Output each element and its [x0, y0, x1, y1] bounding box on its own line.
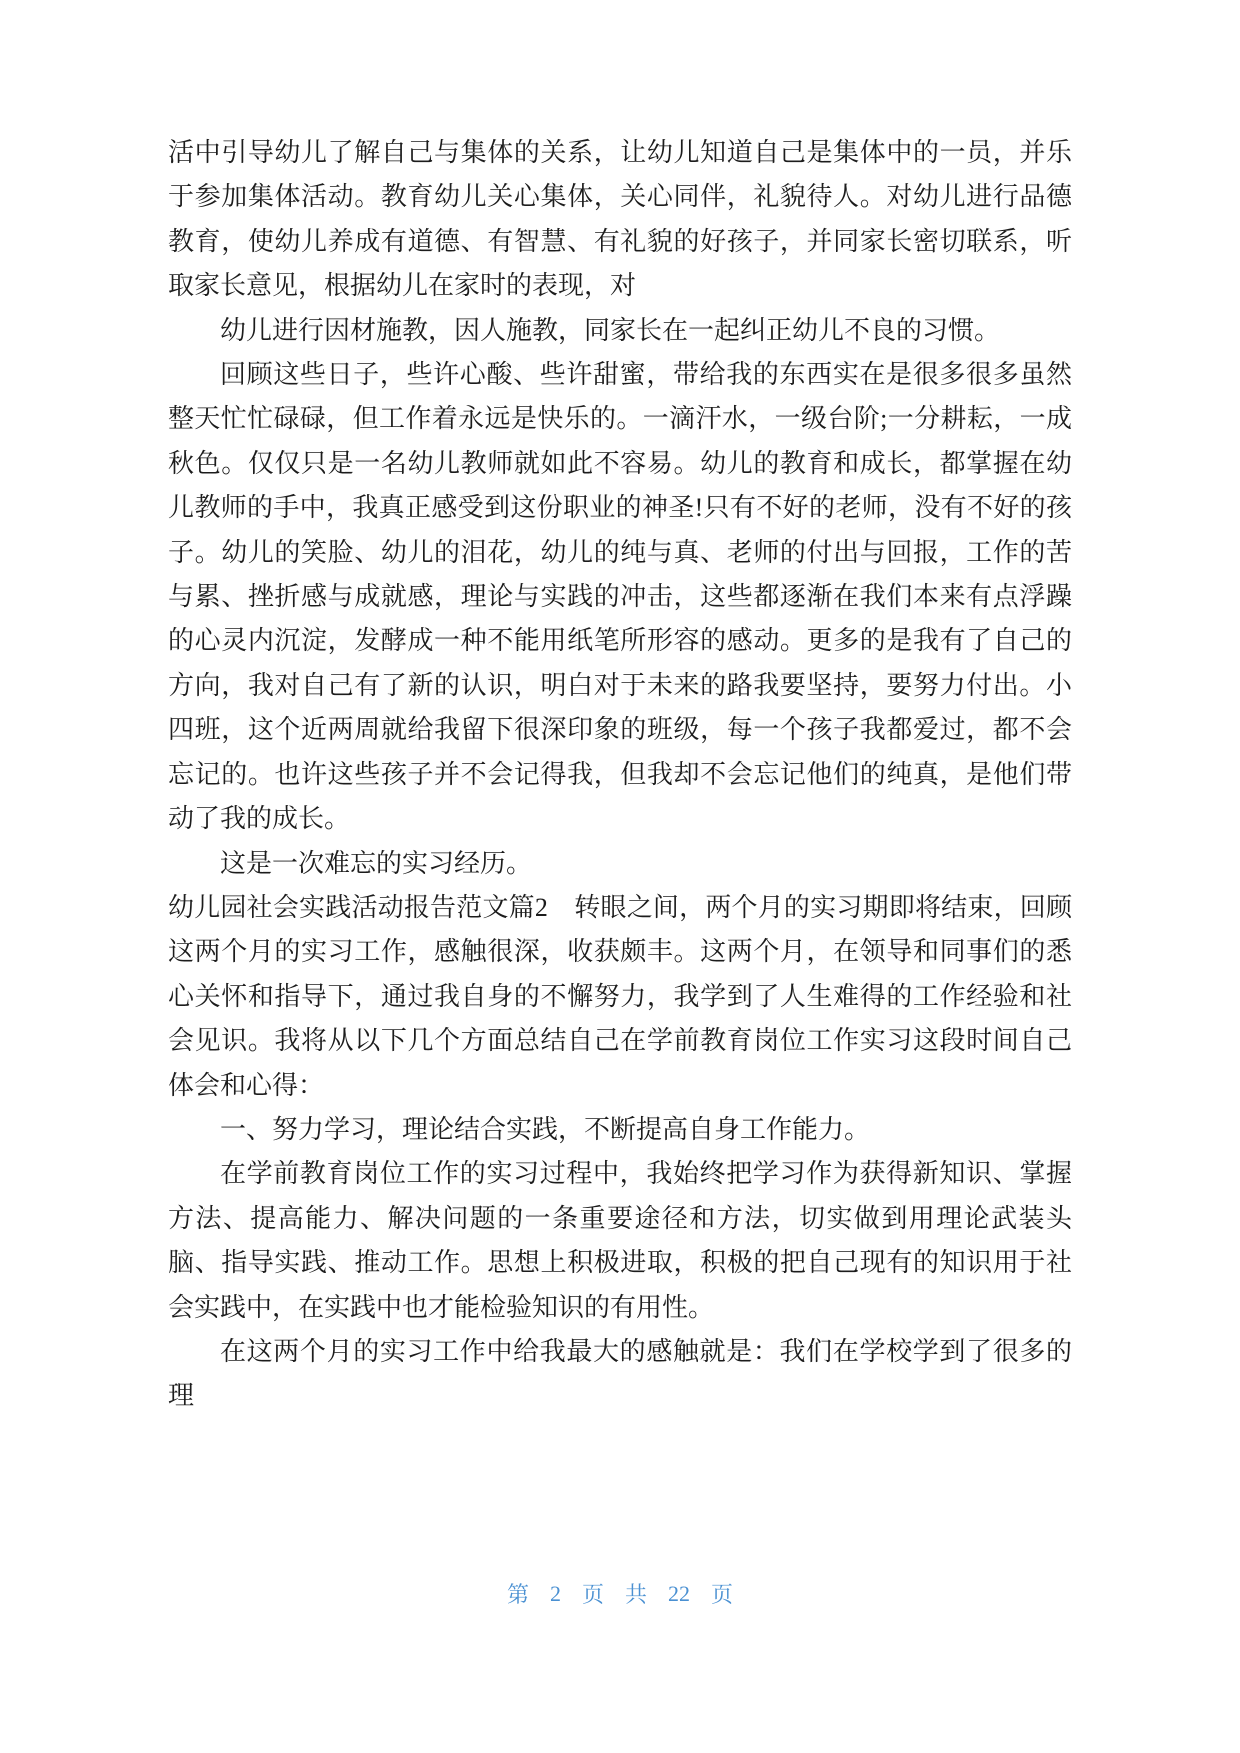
- footer-current-page-number: 2: [550, 1581, 561, 1607]
- footer-total-page-number: 22: [668, 1581, 690, 1607]
- paragraph-section-2-heading: 幼儿园社会实践活动报告范文篇2 转眼之间，两个月的实习期即将结束，回顾这两个月的…: [168, 886, 1072, 1108]
- paragraph-list-item-1: 一、努力学习，理论结合实践，不断提高自身工作能力。: [168, 1108, 1072, 1152]
- page-footer: 第 2 页 共 22 页: [0, 1578, 1240, 1609]
- document-page: 活中引导幼儿了解自己与集体的关系，让幼儿知道自己是集体中的一员，并乐于参加集体活…: [0, 0, 1240, 1753]
- document-body: 活中引导幼儿了解自己与集体的关系，让幼儿知道自己是集体中的一员，并乐于参加集体活…: [168, 131, 1072, 1419]
- paragraph: 回顾这些日子，些许心酸、些许甜蜜，带给我的东西实在是很多很多虽然整天忙忙碌碌，但…: [168, 353, 1072, 841]
- paragraph: 在这两个月的实习工作中给我最大的感触就是：我们在学校学到了很多的理: [168, 1330, 1072, 1419]
- paragraph-continuation: 活中引导幼儿了解自己与集体的关系，让幼儿知道自己是集体中的一员，并乐于参加集体活…: [168, 131, 1072, 309]
- footer-label-di: 第: [507, 1578, 529, 1609]
- footer-label-ye: 页: [582, 1578, 604, 1609]
- paragraph: 在学前教育岗位工作的实习过程中，我始终把学习作为获得新知识、掌握方法、提高能力、…: [168, 1152, 1072, 1330]
- footer-label-ye2: 页: [711, 1578, 733, 1609]
- footer-label-gong: 共: [625, 1578, 647, 1609]
- paragraph: 这是一次难忘的实习经历。: [168, 842, 1072, 886]
- paragraph: 幼儿进行因材施教，因人施教，同家长在一起纠正幼儿不良的习惯。: [168, 309, 1072, 353]
